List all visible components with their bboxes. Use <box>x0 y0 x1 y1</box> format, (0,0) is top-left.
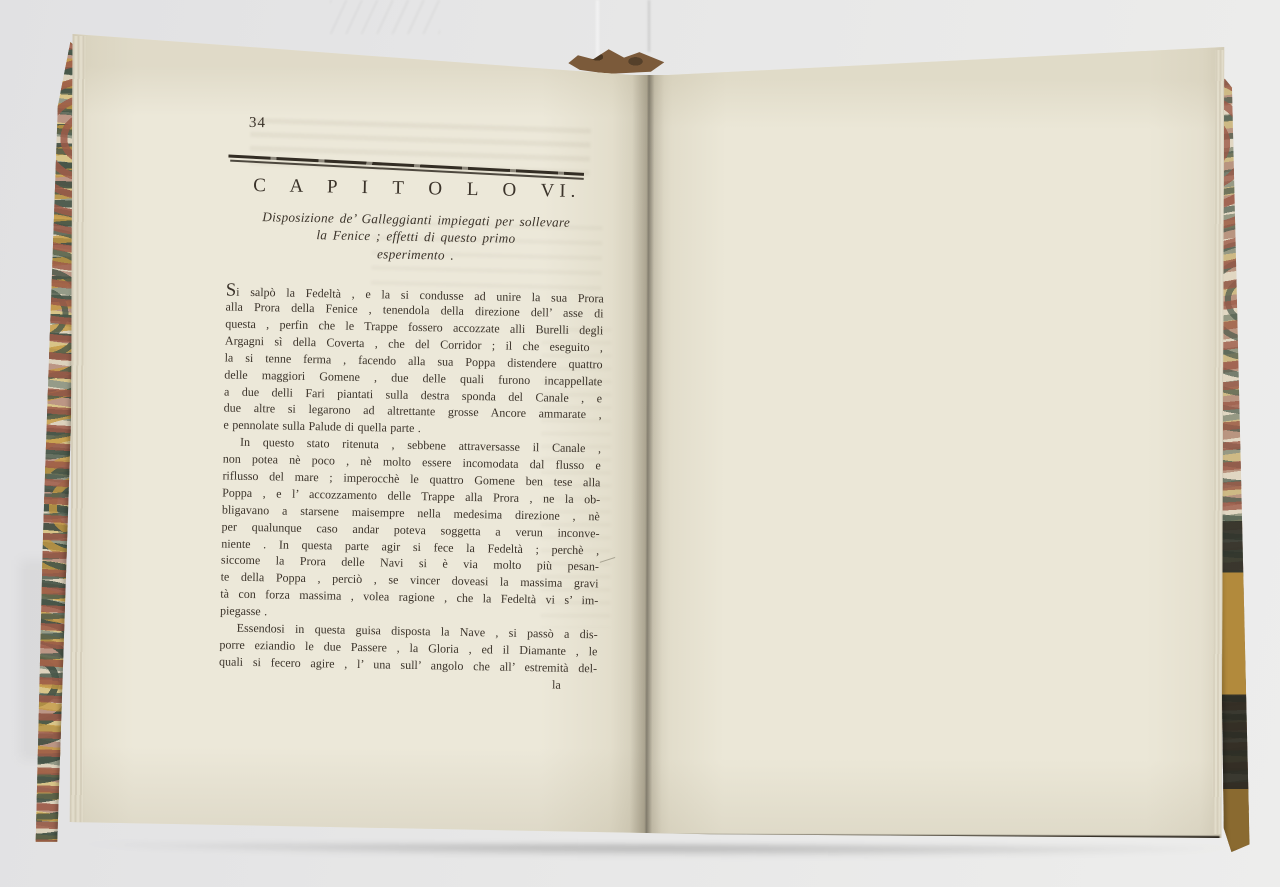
text-line: della Fenice nello spazio delle due Pass… <box>1275 578 1280 596</box>
text-line: da un consistente Traverso preventivamen… <box>1274 409 1280 427</box>
text-line: pe dalla parte di Prora , che per via de… <box>1274 223 1280 241</box>
text-line: te scontrati . All’ estremità , che usci… <box>1274 443 1280 461</box>
left-page-content: 34 C A P I T O L O VI. Disposizione de’ … <box>219 115 607 695</box>
text-line: erano cogli Argagni disposti sopra di es… <box>1274 240 1280 258</box>
right-page-body-text: la Poppa forma la Croce dell’ Asta col l… <box>1274 156 1280 697</box>
text-line: quali uncicare doveano alcune Trappe ass… <box>1275 561 1280 579</box>
text-line: ve , e l’ altra all’ angolo opposto . Du… <box>1274 172 1280 190</box>
page-block: 34 C A P I T O L O VI. Disposizione de’ … <box>70 26 1225 844</box>
page-number-34: 34 <box>249 115 607 148</box>
photo-background: 34 C A P I T O L O VI. Disposizione de’ … <box>0 0 1280 887</box>
text-line: Preparati che furono gli Arsilj , si att… <box>1275 679 1280 697</box>
text-line: mente assicurato , onde virare gli Argag… <box>1275 544 1280 562</box>
text-line: Sentina . Li lati dell’ inclinato Scalon… <box>1274 426 1280 444</box>
catchword-left-text: la <box>552 677 561 691</box>
text-line: mezzo di quattro buone Macchine Idraulic… <box>1275 645 1280 663</box>
text-line: Nel tempo stesso , che cosiffatte operaz… <box>1275 595 1280 613</box>
text-line: L’ estremità inferiore dello Scalone era… <box>1274 392 1280 410</box>
gutter-crease <box>630 28 665 842</box>
chapter-heading: C A P I T O L O VI. <box>228 175 606 208</box>
text-line: furono nello spazio di tre ore empiuti . <box>1275 662 1280 680</box>
text-line: Poppa poi d’ ogni Piatta si dispose un’ … <box>1275 527 1280 545</box>
chapter-subtitle: Disposizione de’ Galleggianti impiegati … <box>226 209 605 268</box>
text-line: no corredate nel seguente modo . Dal pia… <box>1274 291 1280 309</box>
text-line: ti manuvrieri impiegaronsi a caricare di… <box>1275 612 1280 630</box>
text-line: Argagni si ordirono con Vete di Scota di… <box>1275 510 1280 528</box>
open-book: 34 C A P I T O L O VI. Disposizione de’ … <box>54 24 1247 852</box>
text-line: le teneano ferme dalla parte di Poppa , … <box>1274 206 1280 224</box>
book-drop-shadow <box>74 843 1240 859</box>
text-line: della Prora , il quale tanto era inclina… <box>1274 341 1280 359</box>
stray-pencil-mark <box>598 557 615 572</box>
signature-line: C 2 rea <box>1275 696 1280 714</box>
text-line: ri , cioè due Piatte di non ordinaria ca… <box>1274 274 1280 292</box>
text-line: di ferro , da cui pendea un fortissimo A… <box>1275 493 1280 511</box>
text-line: ad un certo punto immergere li due Arsil… <box>1275 628 1280 646</box>
text-line: vole Argagno , per agire unitamente ad a… <box>1275 476 1280 494</box>
worn-spine-top <box>568 46 664 74</box>
text-line: ridosso del Traverso , da cui incomincia… <box>1274 324 1280 342</box>
text-line: all’ infuori di esse , quanto era d’ uop… <box>1274 358 1280 376</box>
text-line: tessero quelle manovre che in appresso s… <box>1274 375 1280 393</box>
text-line: per cadauna , con altrettante Ancore amm… <box>1274 189 1280 207</box>
text-line: le veci di un Vet , s’ incappellò lo Str… <box>1275 460 1280 478</box>
rule-thick-line <box>228 155 584 176</box>
text-line: parte fu eziandio rinforzata con due alt… <box>1274 257 1280 275</box>
left-page-body-text: Si salpò la Fedeltà , e la si condusse a… <box>219 283 604 678</box>
page-35: 35 la Poppa forma la Croce dell’ Asta co… <box>646 28 1225 844</box>
right-page-content: 35 la Poppa forma la Croce dell’ Asta co… <box>1274 156 1280 714</box>
text-line: esse s’ innalzò uno Scalone di Larice , … <box>1274 308 1280 326</box>
page-34: 34 C A P I T O L O VI. Disposizione de’ … <box>70 26 649 842</box>
text-line: la Poppa forma la Croce dell’ Asta col l… <box>1274 156 1280 174</box>
